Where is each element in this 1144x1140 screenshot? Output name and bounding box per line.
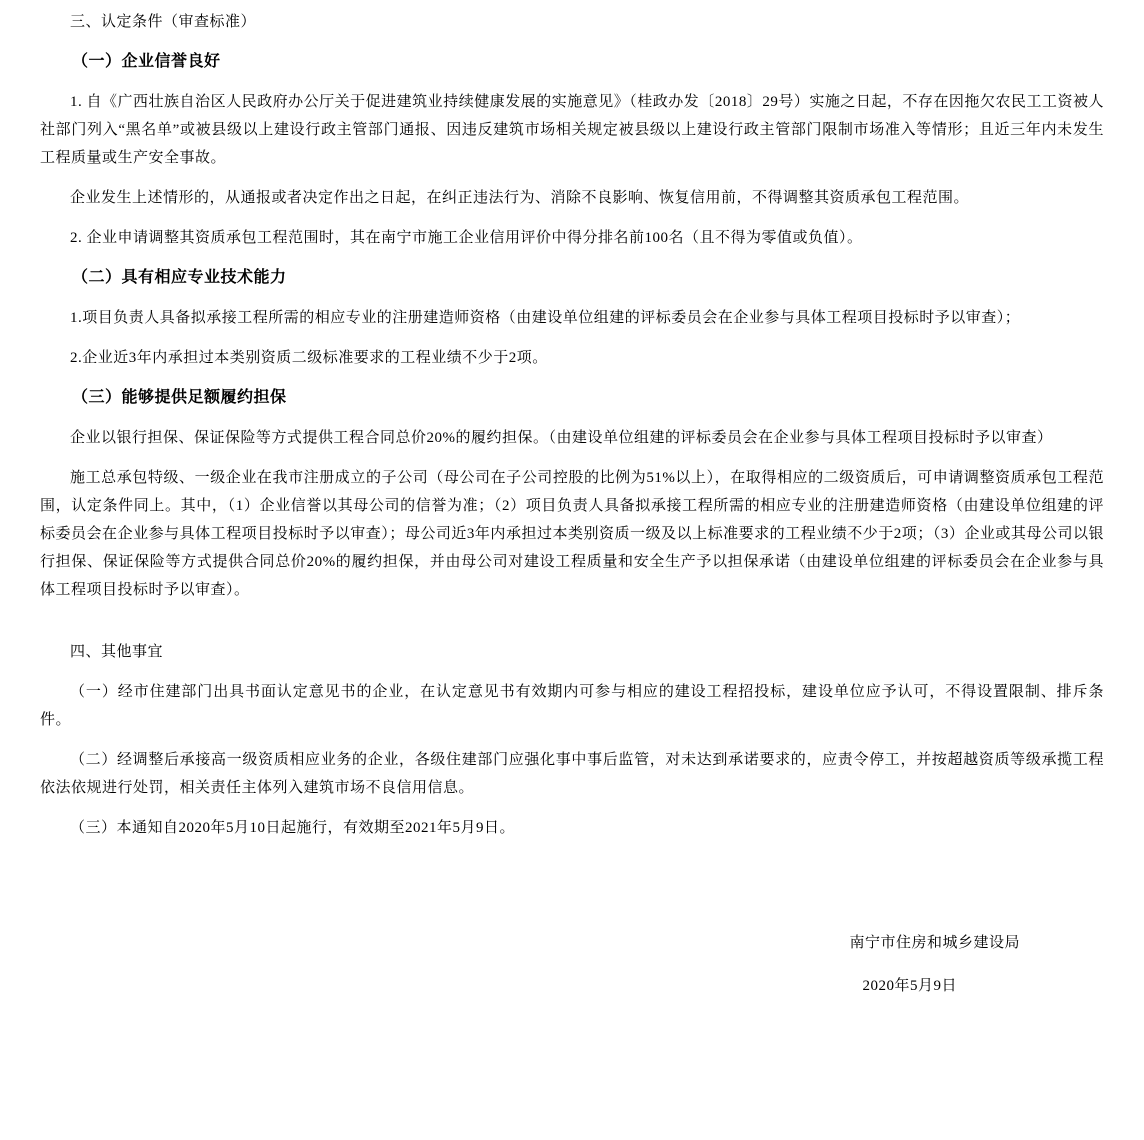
subsection-three-title: （三）能够提供足额履约担保 — [40, 384, 1104, 412]
signature-date: 2020年5月9日 — [40, 972, 1104, 1000]
paragraph-supervision: （二）经调整后承接高一级资质相应业务的企业，各级住建部门应强化事中事后监管，对未… — [40, 746, 1104, 802]
paragraph-project-leader-qualification: 1.项目负责人具备拟承接工程所需的相应专业的注册建造师资格（由建设单位组建的评标… — [40, 304, 1104, 332]
section-three-title: 三、认定条件（审查标准） — [40, 8, 1104, 36]
paragraph-performance-record: 2.企业近3年内承担过本类别资质二级标准要求的工程业绩不少于2项。 — [40, 344, 1104, 372]
subsection-one-title: （一）企业信誉良好 — [40, 48, 1104, 76]
paragraph-credit-restore: 企业发生上述情形的，从通报或者决定作出之日起，在纠正违法行为、消除不良影响、恢复… — [40, 184, 1104, 212]
paragraph-validity-period: （三）本通知自2020年5月10日起施行，有效期至2021年5月9日。 — [40, 814, 1104, 842]
signature-issuer: 南宁市住房和城乡建设局 — [40, 929, 1104, 957]
subsection-two-title: （二）具有相应专业技术能力 — [40, 264, 1104, 292]
section-four-title: 四、其他事宜 — [40, 638, 1104, 666]
paragraph-credit-ranking: 2. 企业申请调整其资质承包工程范围时，其在南宁市施工企业信用评价中得分排名前1… — [40, 224, 1104, 252]
document-page: 三、认定条件（审查标准） （一）企业信誉良好 1. 自《广西壮族自治区人民政府办… — [0, 0, 1144, 1140]
paragraph-bidding-recognition: （一）经市住建部门出具书面认定意见书的企业，在认定意见书有效期内可参与相应的建设… — [40, 678, 1104, 734]
paragraph-guarantee: 企业以银行担保、保证保险等方式提供工程合同总价20%的履约担保。（由建设单位组建… — [40, 424, 1104, 452]
signature-block: 南宁市住房和城乡建设局 2020年5月9日 — [40, 929, 1104, 1000]
paragraph-credit-blacklist: 1. 自《广西壮族自治区人民政府办公厅关于促进建筑业持续健康发展的实施意见》（桂… — [40, 88, 1104, 172]
paragraph-subsidiary-rules: 施工总承包特级、一级企业在我市注册成立的子公司（母公司在子公司控股的比例为51%… — [40, 464, 1104, 604]
